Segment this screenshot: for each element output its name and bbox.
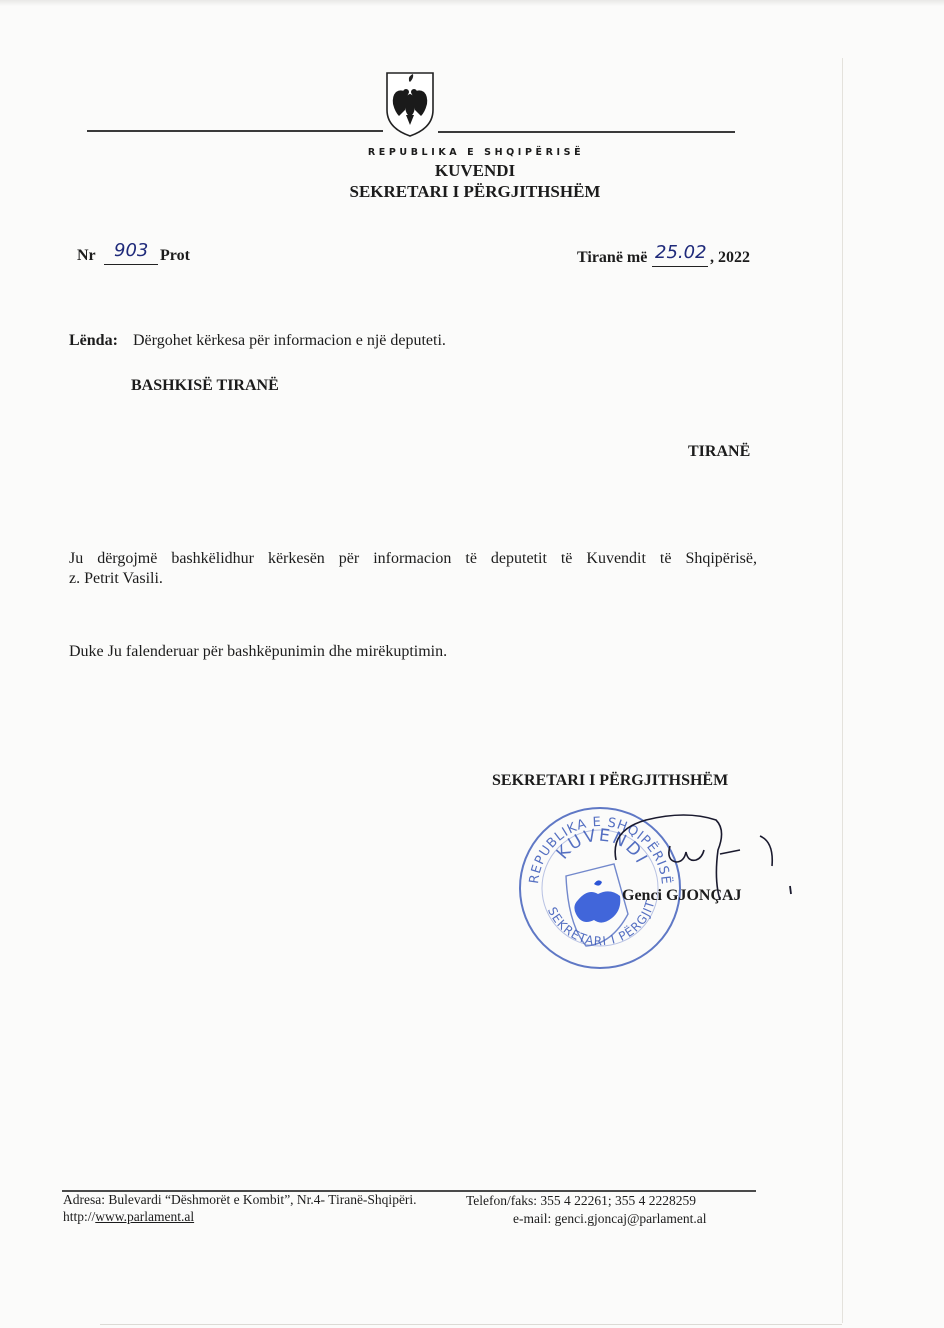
date-underline [652, 266, 708, 267]
footer-website: http://www.parlament.al [63, 1209, 194, 1225]
body-paragraph-1-line-1: Ju dërgojmë bashkëlidhur kërkesën për in… [69, 548, 757, 570]
prot-label: Prot [160, 247, 190, 265]
scan-top-shadow [0, 0, 944, 6]
albanian-eagle-emblem-icon [384, 70, 436, 138]
email-label: e-mail: [513, 1211, 555, 1226]
page-bottom-edge [100, 1324, 842, 1325]
subject-label: Lënda: [69, 332, 118, 350]
protocol-number: 903 [114, 240, 148, 261]
year: , 2022 [710, 249, 750, 267]
recipient-name: BASHKISË TIRANË [131, 377, 279, 395]
website-prefix: http:// [63, 1209, 95, 1224]
signatory-name: Genci GJONÇAJ [622, 887, 742, 905]
signatory-title: SEKRETARI I PËRGJITHSHËM [492, 772, 728, 790]
website-link[interactable]: www.parlament.al [95, 1209, 194, 1224]
footer-address: Adresa: Bulevardi “Dëshmorët e Kombit”, … [63, 1192, 417, 1208]
footer-phone: Telefon/faks: 355 4 22261; 355 4 2228259 [466, 1193, 696, 1209]
handwritten-date: 25.02 [655, 242, 707, 263]
footer-email: e-mail: genci.gjoncaj@parlament.al [513, 1211, 706, 1227]
recipient-city: TIRANË [688, 443, 750, 461]
nr-label: Nr [77, 247, 96, 265]
email-address[interactable]: genci.gjoncaj@parlament.al [555, 1211, 707, 1226]
office-heading: SEKRETARI I PËRGJITHSHËM [0, 182, 944, 202]
city-date-label: Tiranë më [577, 249, 647, 267]
header-rule-left [87, 130, 383, 132]
institution-heading: KUVENDI [0, 161, 944, 181]
header-rule-right [438, 131, 735, 133]
subject-text: Dërgohet kërkesa për informacion e një d… [133, 332, 446, 350]
nr-underline [104, 264, 158, 265]
body-paragraph-2: Duke Ju falenderuar për bashkëpunimin dh… [69, 643, 447, 661]
country-heading: REPUBLIKA E SHQIPËRISË [0, 147, 944, 158]
body-paragraph-1-line-2: z. Petrit Vasili. [69, 570, 163, 588]
page-right-edge [842, 58, 843, 1323]
handwritten-signature [600, 800, 810, 900]
